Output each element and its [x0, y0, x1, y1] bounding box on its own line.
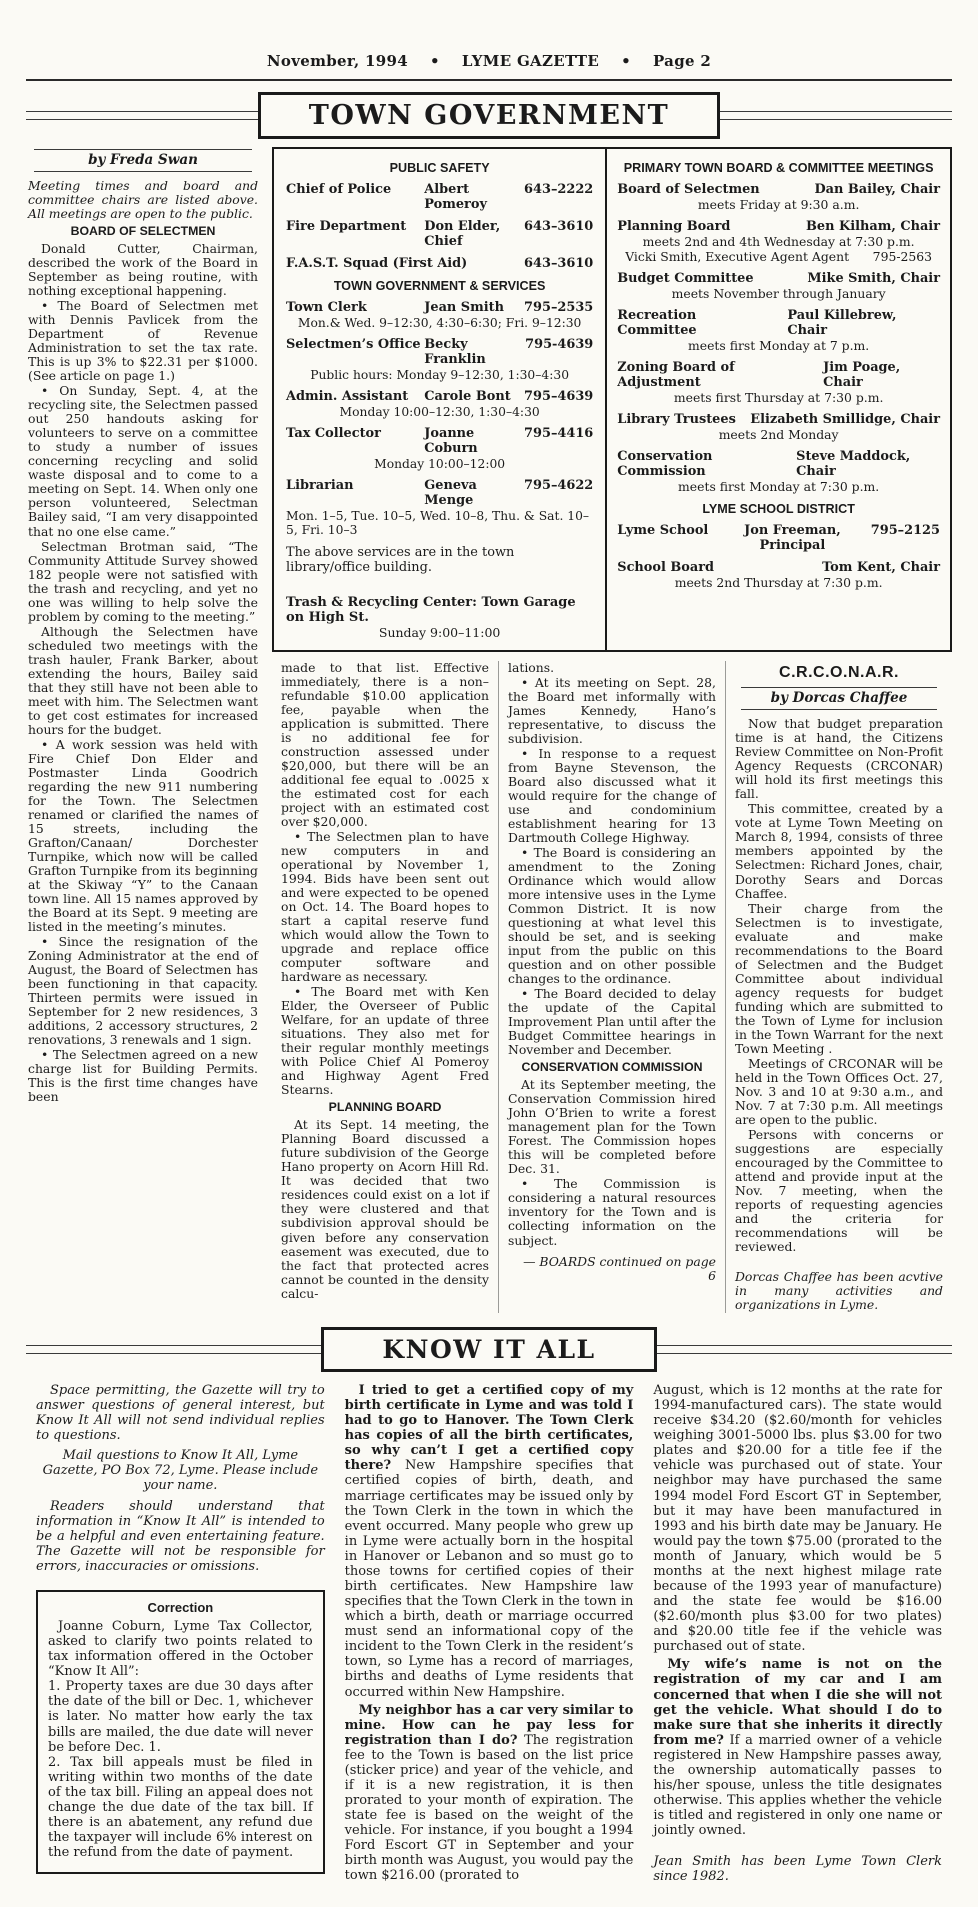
know-it-all-banner-title: KNOW IT ALL: [321, 1327, 656, 1372]
directory-phone: 643–3610: [524, 256, 593, 271]
school-row: Lyme School Jon Freeman, Principal 795–2…: [617, 523, 940, 553]
article-intro: Meeting times and board and committee ch…: [28, 179, 258, 221]
directory-person: Albert Pomeroy: [424, 182, 524, 212]
directory-label: F.A.S.T. Squad (First Aid): [286, 256, 524, 271]
committee-row-main: Conservation Commission Steve Maddock, C…: [617, 449, 940, 479]
directory-label: Chief of Police: [286, 182, 424, 212]
article-byline: by Freda Swan: [34, 149, 252, 172]
school-board-row-main: School Board Tom Kent, Chair: [617, 560, 940, 575]
committee-label: Library Trustees: [617, 412, 736, 427]
know-it-all-banner: KNOW IT ALL: [26, 1327, 952, 1372]
kia-intro-paragraph: Space permitting, the Gazette will try t…: [36, 1383, 325, 1443]
directory-row: Town Clerk Jean Smith 795–2535 Mon.& Wed…: [286, 300, 593, 330]
committee-row-main: Library Trustees Elizabeth Smillidge, Ch…: [617, 412, 940, 427]
directory-left-half: PUBLIC SAFETY Chief of Police Albert Pom…: [274, 149, 607, 650]
kia-qa-column-1: I tried to get a certified copy of my bi…: [335, 1381, 644, 1890]
committee-chair: Ben Kilham, Chair: [806, 219, 940, 234]
paragraph: • The Board of Selectmen met with Dennis…: [28, 299, 258, 383]
correction-paragraph: 1. Property taxes are due 30 days after …: [48, 1679, 313, 1754]
directory-row-main: Librarian Geneva Menge 795–4622: [286, 478, 593, 508]
paragraph: • The Selectmen plan to have new compute…: [281, 830, 489, 984]
directory-person: Carole Bont: [424, 389, 524, 404]
paragraph: • In response to a request from Bayne St…: [508, 747, 716, 845]
committee-label: Planning Board: [617, 219, 730, 234]
paragraph: • A work session was held with Fire Chie…: [28, 738, 258, 934]
directory-row: F.A.S.T. Squad (First Aid) 643–3610: [286, 256, 593, 271]
committee-row: Board of Selectmen Dan Bailey, Chair mee…: [617, 182, 940, 212]
directory-row-main: Town Clerk Jean Smith 795–2535: [286, 300, 593, 315]
school-board-row: School Board Tom Kent, Chair meets 2nd T…: [617, 560, 940, 590]
paragraph: Although the Selectmen have scheduled tw…: [28, 625, 258, 737]
correction-title: Correction: [48, 1600, 313, 1615]
kia-intro-column: Space permitting, the Gazette will try t…: [26, 1381, 335, 1890]
answer-text: If a married owner of a vehicle register…: [653, 1733, 942, 1838]
paragraph: This committee, created by a vote at Lym…: [735, 802, 943, 900]
top-section: by Freda Swan Meeting times and board an…: [26, 147, 952, 1313]
directory-person: Geneva Menge: [424, 478, 524, 508]
committee-schedule: meets first Thursday at 7:30 p.m.: [617, 390, 940, 405]
committee-row: Conservation Commission Steve Maddock, C…: [617, 449, 940, 494]
school-board-schedule: meets 2nd Thursday at 7:30 p.m.: [617, 575, 940, 590]
paragraph: lations.: [508, 661, 716, 675]
trash-recycling-title: Trash & Recycling Center: Town Garage on…: [286, 595, 593, 625]
directory-label: Town Clerk: [286, 300, 424, 315]
directory-label: Fire Department: [286, 219, 424, 249]
author-signoff: Jean Smith has been Lyme Town Clerk sinc…: [653, 1854, 942, 1884]
paragraph: Meetings of CRCONAR will be held in the …: [735, 1057, 943, 1127]
directory-phone: 643–3610: [524, 219, 593, 249]
committee-label: Recreation Committee: [617, 308, 779, 338]
crconar-column: C.R.C.O.N.A.R. by Dorcas Chaffee Now tha…: [725, 661, 952, 1313]
committee-schedule: meets first Monday at 7 p.m.: [617, 338, 940, 353]
directory-phone: 795–2535: [524, 300, 593, 315]
masthead-date: November, 1994: [267, 52, 408, 70]
committee-agent: Vicki Smith, Executive Agent Agent 795-2…: [617, 249, 940, 264]
selectmen-article-column: by Freda Swan Meeting times and board an…: [26, 147, 266, 1313]
crconar-byline: by Dorcas Chaffee: [741, 687, 937, 710]
directory-row-main: F.A.S.T. Squad (First Aid) 643–3610: [286, 256, 593, 271]
committee-chair: Steve Maddock, Chair: [796, 449, 940, 479]
paragraph: • The Board decided to delay the update …: [508, 987, 716, 1057]
boards-column-2: made to that list. Effective immediately…: [272, 661, 498, 1313]
school-phone: 795–2125: [871, 523, 940, 553]
directory-hours: Mon.& Wed. 9–12:30, 4:30–6:30; Fri. 9–12…: [286, 316, 593, 330]
directory-phone: 643–2222: [524, 182, 593, 212]
directory-label: Admin. Assistant: [286, 389, 424, 404]
directory-hours: Mon. 1–5, Tue. 10–5, Wed. 10–8, Thu. & S…: [286, 509, 593, 537]
qa-paragraph: My wife’s name is not on the registratio…: [653, 1657, 942, 1838]
crconar-title: C.R.C.O.N.A.R.: [735, 664, 943, 682]
school-label: Lyme School: [617, 523, 714, 553]
correction-paragraph: Joanne Coburn, Lyme Tax Collector, asked…: [48, 1619, 313, 1679]
directory-row: Chief of Police Albert Pomeroy 643–2222: [286, 182, 593, 212]
committee-label: Board of Selectmen: [617, 182, 759, 197]
masthead-rule: [26, 79, 952, 81]
correction-box: Correction Joanne Coburn, Lyme Tax Colle…: [36, 1590, 325, 1874]
masthead-title: LYME GAZETTE: [462, 52, 599, 70]
committee-chair: Elizabeth Smillidge, Chair: [750, 412, 940, 427]
committee-row: Budget Committee Mike Smith, Chair meets…: [617, 271, 940, 301]
directory-row: Admin. Assistant Carole Bont 795–4639 Mo…: [286, 389, 593, 419]
committee-row-main: Recreation Committee Paul Killebrew, Cha…: [617, 308, 940, 338]
committee-row: Recreation Committee Paul Killebrew, Cha…: [617, 308, 940, 353]
directory-row-main: Admin. Assistant Carole Bont 795–4639: [286, 389, 593, 404]
kia-intro-paragraph: Readers should understand that informati…: [36, 1499, 325, 1574]
committee-label: Budget Committee: [617, 271, 753, 286]
directory-row: Tax Collector Joanne Coburn 795–4416 Mon…: [286, 426, 593, 471]
directory-label: Selectmen’s Office: [286, 337, 424, 367]
continued-notice: — BOARDS continued on page 6: [508, 1255, 716, 1283]
town-government-banner-title: TOWN GOVERNMENT: [258, 92, 721, 139]
paragraph: Now that budget preparation time is at h…: [735, 717, 943, 801]
banner-side-rule: [26, 1345, 321, 1354]
answer-text: The registration fee to the Town is base…: [345, 1733, 634, 1884]
directory-hours: Public hours: Monday 9–12:30, 1:30–4:30: [286, 368, 593, 382]
committee-row-main: Board of Selectmen Dan Bailey, Chair: [617, 182, 940, 197]
directory-row-main: Tax Collector Joanne Coburn 795–4416: [286, 426, 593, 456]
kia-mail-instructions: Mail questions to Know It All, Lyme Gaze…: [36, 1446, 325, 1495]
directory-row: Fire Department Don Elder, Chief 643–361…: [286, 219, 593, 249]
directory-row-main: Chief of Police Albert Pomeroy 643–2222: [286, 182, 593, 212]
directory-row-main: Fire Department Don Elder, Chief 643–361…: [286, 219, 593, 249]
answer-continuation: August, which is 12 months at the rate f…: [653, 1383, 942, 1654]
directory-hours: Monday 10:00–12:30, 1:30–4:30: [286, 405, 593, 419]
committee-label: Zoning Board of Adjustment: [617, 360, 815, 390]
public-safety-title: PUBLIC SAFETY: [286, 161, 593, 175]
committee-schedule: meets first Monday at 7:30 p.m.: [617, 479, 940, 494]
banner-side-rule: [720, 111, 952, 120]
directory-note: The above services are in the town libra…: [286, 545, 593, 575]
section-heading-planning-board: PLANNING BOARD: [281, 1101, 489, 1115]
directory-person: Don Elder, Chief: [424, 219, 524, 249]
committee-row-main: Budget Committee Mike Smith, Chair: [617, 271, 940, 286]
bullet-separator: •: [430, 52, 440, 70]
committee-row-main: Zoning Board of Adjustment Jim Poage, Ch…: [617, 360, 940, 390]
town-directory-box: PUBLIC SAFETY Chief of Police Albert Pom…: [272, 147, 952, 652]
newspaper-page: November, 1994 • LYME GAZETTE • Page 2 T…: [0, 0, 978, 1907]
committee-chair: Mike Smith, Chair: [807, 271, 940, 286]
directory-label: Librarian: [286, 478, 424, 508]
school-board-chair: Tom Kent, Chair: [822, 560, 940, 575]
paragraph: Donald Cutter, Chairman, described the w…: [28, 242, 258, 298]
directory-row: Librarian Geneva Menge 795–4622 Mon. 1–5…: [286, 478, 593, 537]
section-heading-board-of-selectmen: BOARD OF SELECTMEN: [28, 225, 258, 239]
committee-row-main: Planning Board Ben Kilham, Chair: [617, 219, 940, 234]
paragraph: Persons with concerns or suggestions are…: [735, 1128, 943, 1254]
school-person: Jon Freeman, Principal: [714, 523, 871, 553]
directory-phone: 795–4416: [524, 426, 593, 456]
paragraph: made to that list. Effective immediately…: [281, 661, 489, 829]
paragraph: • The Board is considering an amendment …: [508, 846, 716, 986]
masthead: November, 1994 • LYME GAZETTE • Page 2: [26, 0, 952, 70]
directory-label: Tax Collector: [286, 426, 424, 456]
paragraph: Selectman Brotman said, “The Community A…: [28, 540, 258, 624]
committee-meetings-title: PRIMARY TOWN BOARD & COMMITTEE MEETINGS: [617, 161, 940, 175]
banner-side-rule: [657, 1345, 952, 1354]
paragraph: • The Board met with Ken Elder, the Over…: [281, 985, 489, 1097]
paragraph: • Since the resignation of the Zoning Ad…: [28, 935, 258, 1047]
paragraph: • The Commission is considering a natura…: [508, 1177, 716, 1247]
top-right-area: PUBLIC SAFETY Chief of Police Albert Pom…: [266, 147, 952, 1313]
section-heading-conservation-commission: CONSERVATION COMMISSION: [508, 1061, 716, 1075]
committee-schedule: meets 2nd Monday: [617, 427, 940, 442]
directory-phone: 795–4639: [524, 389, 593, 404]
directory-person: Jean Smith: [424, 300, 524, 315]
masthead-page-number: Page 2: [653, 52, 711, 70]
directory-person: Joanne Coburn: [424, 426, 524, 456]
directory-person: Becky Franklin: [424, 337, 525, 367]
paragraph: • The Selectmen agreed on a new charge l…: [28, 1048, 258, 1104]
answer-text: New Hampshire specifies that certified c…: [345, 1458, 634, 1699]
directory-right-half: PRIMARY TOWN BOARD & COMMITTEE MEETINGS …: [607, 149, 950, 650]
paragraph: • At its meeting on Sept. 28, the Board …: [508, 676, 716, 746]
qa-paragraph: I tried to get a certified copy of my bi…: [345, 1383, 634, 1700]
directory-phone: 795–4622: [524, 478, 593, 508]
school-board-label: School Board: [617, 560, 714, 575]
committee-row: Zoning Board of Adjustment Jim Poage, Ch…: [617, 360, 940, 405]
directory-row: Selectmen’s Office Becky Franklin 795-46…: [286, 337, 593, 382]
committee-chair: Paul Killebrew, Chair: [787, 308, 940, 338]
paragraph: Their charge from the Selectmen is to in…: [735, 902, 943, 1056]
trash-recycling-hours: Sunday 9:00–11:00: [286, 625, 593, 640]
committee-row: Planning Board Ben Kilham, Chair meets 2…: [617, 219, 940, 264]
committee-row: Library Trustees Elizabeth Smillidge, Ch…: [617, 412, 940, 442]
qa-paragraph: My neighbor has a car very similar to mi…: [345, 1703, 634, 1884]
kia-qa-column-2: August, which is 12 months at the rate f…: [643, 1381, 952, 1890]
committee-chair: Jim Poage, Chair: [823, 360, 940, 390]
committee-label: Conservation Commission: [617, 449, 788, 479]
body-columns: made to that list. Effective immediately…: [272, 661, 952, 1313]
paragraph: At its Sept. 14 meeting, the Planning Bo…: [281, 1118, 489, 1300]
boards-column-3: lations. • At its meeting on Sept. 28, t…: [498, 661, 725, 1313]
paragraph: At its September meeting, the Conservati…: [508, 1078, 716, 1176]
school-district-title: LYME SCHOOL DISTRICT: [617, 502, 940, 516]
school-row-main: Lyme School Jon Freeman, Principal 795–2…: [617, 523, 940, 553]
committee-chair: Dan Bailey, Chair: [814, 182, 940, 197]
bullet-separator: •: [621, 52, 631, 70]
correction-paragraph: 2. Tax bill appeals must be filed in wri…: [48, 1755, 313, 1861]
directory-hours: Monday 10:00–12:00: [286, 457, 593, 471]
directory-phone: 795-4639: [525, 337, 593, 367]
paragraph: • On Sunday, Sept. 4, at the recycling s…: [28, 384, 258, 538]
town-government-banner: TOWN GOVERNMENT: [26, 92, 952, 139]
services-title: TOWN GOVERNMENT & SERVICES: [286, 279, 593, 293]
banner-side-rule: [26, 111, 258, 120]
know-it-all-section: Space permitting, the Gazette will try t…: [26, 1381, 952, 1890]
committee-schedule: meets 2nd and 4th Wednesday at 7:30 p.m.: [617, 234, 940, 249]
directory-row-main: Selectmen’s Office Becky Franklin 795-46…: [286, 337, 593, 367]
committee-schedule: meets Friday at 9:30 a.m.: [617, 197, 940, 212]
author-signoff: Dorcas Chaffee has been acvtive in many …: [735, 1270, 943, 1312]
committee-schedule: meets November through January: [617, 286, 940, 301]
